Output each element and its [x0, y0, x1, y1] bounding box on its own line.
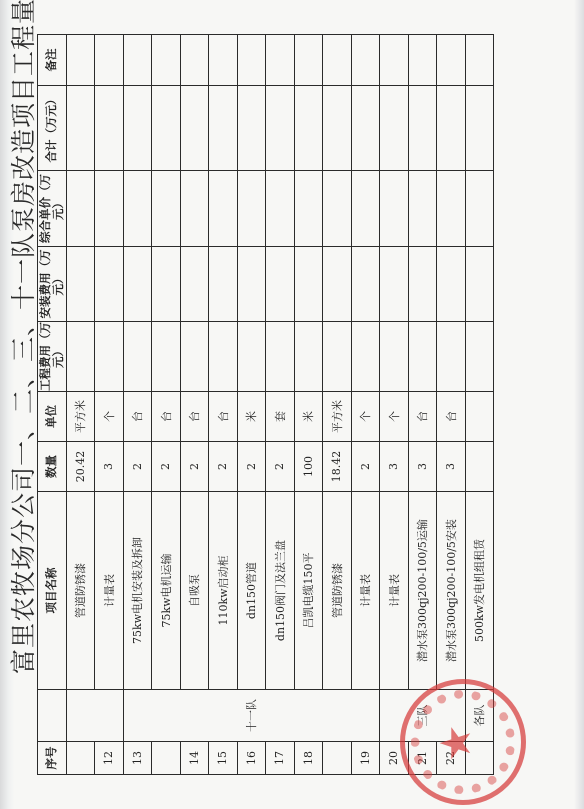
document-title: 富里农牧场分公司一、二、三、十一队泵房改造项目工程量清单 [4, 0, 40, 674]
item-unit: 米 [237, 392, 266, 442]
header-note: 备注 [38, 35, 67, 86]
unit-price-cell [123, 171, 152, 247]
project-cost-cell [408, 322, 437, 392]
unit-price-cell [152, 171, 181, 247]
project-cost-cell [380, 322, 409, 392]
install-cost-cell [123, 247, 152, 322]
note-cell [152, 35, 181, 86]
note-cell [209, 35, 238, 86]
header-team [38, 690, 67, 742]
row-number: 16 [237, 742, 266, 775]
item-quantity: 20.42 [66, 442, 95, 492]
unit-price-cell [351, 171, 380, 247]
total-cell [437, 86, 466, 171]
total-cell [323, 86, 352, 171]
install-cost-cell [380, 247, 409, 322]
row-number: 21 [408, 742, 437, 775]
item-quantity: 2 [123, 442, 152, 492]
item-name: 管道防锈漆 [66, 492, 95, 690]
table-row: 22潜水泵300qj200-100/5安装3台 [437, 35, 466, 775]
item-unit: 台 [123, 392, 152, 442]
team-cell: 三队 [380, 690, 466, 742]
item-name: 500kw发电机组租赁 [465, 492, 494, 690]
team-cell: 十一队 [123, 690, 380, 742]
header-qty: 数量 [38, 442, 67, 492]
header-proj-cost: 工程费用（万元） [38, 322, 67, 392]
install-cost-cell [351, 247, 380, 322]
item-quantity: 100 [294, 442, 323, 492]
item-name: 自吸泵 [180, 492, 209, 690]
header-unit-price: 综合单价（万元） [38, 171, 67, 247]
item-unit: 平方米 [323, 392, 352, 442]
total-cell [266, 86, 295, 171]
project-cost-cell [437, 322, 466, 392]
item-name: 潜水泵300qj200-100/5运输 [408, 492, 437, 690]
unit-price-cell [209, 171, 238, 247]
total-cell [209, 86, 238, 171]
table-row: 管道防锈漆20.42平方米 [66, 35, 95, 775]
item-unit: 套 [266, 392, 295, 442]
team-cell [66, 690, 123, 742]
total-cell [152, 86, 181, 171]
table-row: 17dn150阀门及法兰盘2套 [266, 35, 295, 775]
project-cost-cell [209, 322, 238, 392]
install-cost-cell [95, 247, 124, 322]
header-inst-cost: 安装费用（万元） [38, 247, 67, 322]
note-cell [437, 35, 466, 86]
table-row: 管道防锈漆18.42平方米 [323, 35, 352, 775]
total-cell [95, 86, 124, 171]
item-quantity: 2 [152, 442, 181, 492]
unit-price-cell [237, 171, 266, 247]
unit-price-cell [408, 171, 437, 247]
row-number: 22 [437, 742, 466, 775]
unit-price-cell [437, 171, 466, 247]
table-row: 20三队计量表3个 [380, 35, 409, 775]
header-unit: 单位 [38, 392, 67, 442]
unit-price-cell [180, 171, 209, 247]
note-cell [123, 35, 152, 86]
item-unit: 台 [180, 392, 209, 442]
install-cost-cell [437, 247, 466, 322]
project-cost-cell [152, 322, 181, 392]
total-cell [66, 86, 95, 171]
item-unit: 台 [437, 392, 466, 442]
install-cost-cell [66, 247, 95, 322]
note-cell [380, 35, 409, 86]
item-name: 吕凯电缆150平 [294, 492, 323, 690]
item-quantity: 2 [266, 442, 295, 492]
project-cost-cell [323, 322, 352, 392]
install-cost-cell [152, 247, 181, 322]
item-unit: 个 [351, 392, 380, 442]
table-row: 15110kw启动柜2台 [209, 35, 238, 775]
item-quantity: 2 [209, 442, 238, 492]
note-cell [408, 35, 437, 86]
item-quantity [465, 442, 494, 492]
install-cost-cell [294, 247, 323, 322]
item-name: 潜水泵300qj200-100/5安装 [437, 492, 466, 690]
row-number [465, 742, 494, 775]
item-name: dn150管道 [237, 492, 266, 690]
row-number: 15 [209, 742, 238, 775]
note-cell [95, 35, 124, 86]
total-cell [237, 86, 266, 171]
total-cell [380, 86, 409, 171]
table-row: 各队500kw发电机组租赁 [465, 35, 494, 775]
row-number: 13 [123, 742, 152, 775]
unit-price-cell [95, 171, 124, 247]
item-quantity: 3 [408, 442, 437, 492]
project-cost-cell [237, 322, 266, 392]
total-cell [294, 86, 323, 171]
header-name: 项目名称 [38, 492, 67, 690]
header-no: 序号 [38, 742, 67, 775]
note-cell [266, 35, 295, 86]
row-number: 17 [266, 742, 295, 775]
total-cell [351, 86, 380, 171]
header-total: 合计（万元） [38, 86, 67, 171]
item-quantity: 2 [351, 442, 380, 492]
install-cost-cell [237, 247, 266, 322]
total-cell [123, 86, 152, 171]
item-unit: 台 [152, 392, 181, 442]
note-cell [294, 35, 323, 86]
note-cell [66, 35, 95, 86]
item-name: 75kw电机运输 [152, 492, 181, 690]
install-cost-cell [180, 247, 209, 322]
item-unit: 个 [95, 392, 124, 442]
item-name: 计量表 [380, 492, 409, 690]
unit-price-cell [66, 171, 95, 247]
item-name: dn150阀门及法兰盘 [266, 492, 295, 690]
project-cost-cell [294, 322, 323, 392]
item-name: 110kw启动柜 [209, 492, 238, 690]
unit-price-cell [294, 171, 323, 247]
item-unit [465, 392, 494, 442]
header-row: 序号 项目名称 数量 单位 工程费用（万元） 安装费用（万元） 综合单价（万元）… [38, 35, 67, 775]
item-unit: 米 [294, 392, 323, 442]
table-row: 13十一队75kw电机安装及拆卸2台 [123, 35, 152, 775]
row-number: 18 [294, 742, 323, 775]
row-number: 12 [95, 742, 124, 775]
item-unit: 个 [380, 392, 409, 442]
unit-price-cell [380, 171, 409, 247]
project-cost-cell [180, 322, 209, 392]
install-cost-cell [408, 247, 437, 322]
item-name: 计量表 [351, 492, 380, 690]
table-row: 19计量表2个 [351, 35, 380, 775]
note-cell [237, 35, 266, 86]
table-row: 75kw电机运输2台 [152, 35, 181, 775]
total-cell [465, 86, 494, 171]
item-quantity: 3 [380, 442, 409, 492]
item-quantity: 3 [437, 442, 466, 492]
install-cost-cell [266, 247, 295, 322]
item-quantity: 2 [237, 442, 266, 492]
item-quantity: 2 [180, 442, 209, 492]
row-number [152, 742, 181, 775]
project-cost-cell [123, 322, 152, 392]
row-number [323, 742, 352, 775]
project-cost-cell [266, 322, 295, 392]
row-number [66, 742, 95, 775]
note-cell [180, 35, 209, 86]
table-row: 14自吸泵2台 [180, 35, 209, 775]
total-cell [408, 86, 437, 171]
note-cell [465, 35, 494, 86]
total-cell [180, 86, 209, 171]
unit-price-cell [465, 171, 494, 247]
item-quantity: 18.42 [323, 442, 352, 492]
project-cost-cell [95, 322, 124, 392]
project-cost-cell [465, 322, 494, 392]
table-row: 21潜水泵300qj200-100/5运输3台 [408, 35, 437, 775]
note-cell [323, 35, 352, 86]
rotated-document: 富里农牧场分公司一、二、三、十一队泵房改造项目工程量清单 序号 项目名称 数量 … [0, 0, 584, 809]
bill-of-quantities-table: 序号 项目名称 数量 单位 工程费用（万元） 安装费用（万元） 综合单价（万元）… [37, 34, 494, 775]
note-cell [351, 35, 380, 86]
install-cost-cell [209, 247, 238, 322]
table-row: 18吕凯电缆150平100米 [294, 35, 323, 775]
row-number: 20 [380, 742, 409, 775]
project-cost-cell [66, 322, 95, 392]
item-name: 计量表 [95, 492, 124, 690]
item-unit: 台 [408, 392, 437, 442]
item-unit: 平方米 [66, 392, 95, 442]
item-name: 75kw电机安装及拆卸 [123, 492, 152, 690]
table-row: 12计量表3个 [95, 35, 124, 775]
project-cost-cell [351, 322, 380, 392]
install-cost-cell [323, 247, 352, 322]
unit-price-cell [323, 171, 352, 247]
table-row: 16dn150管道2米 [237, 35, 266, 775]
row-number: 19 [351, 742, 380, 775]
team-cell: 各队 [465, 690, 494, 742]
install-cost-cell [465, 247, 494, 322]
item-name: 管道防锈漆 [323, 492, 352, 690]
row-number: 14 [180, 742, 209, 775]
unit-price-cell [266, 171, 295, 247]
item-quantity: 3 [95, 442, 124, 492]
item-unit: 台 [209, 392, 238, 442]
